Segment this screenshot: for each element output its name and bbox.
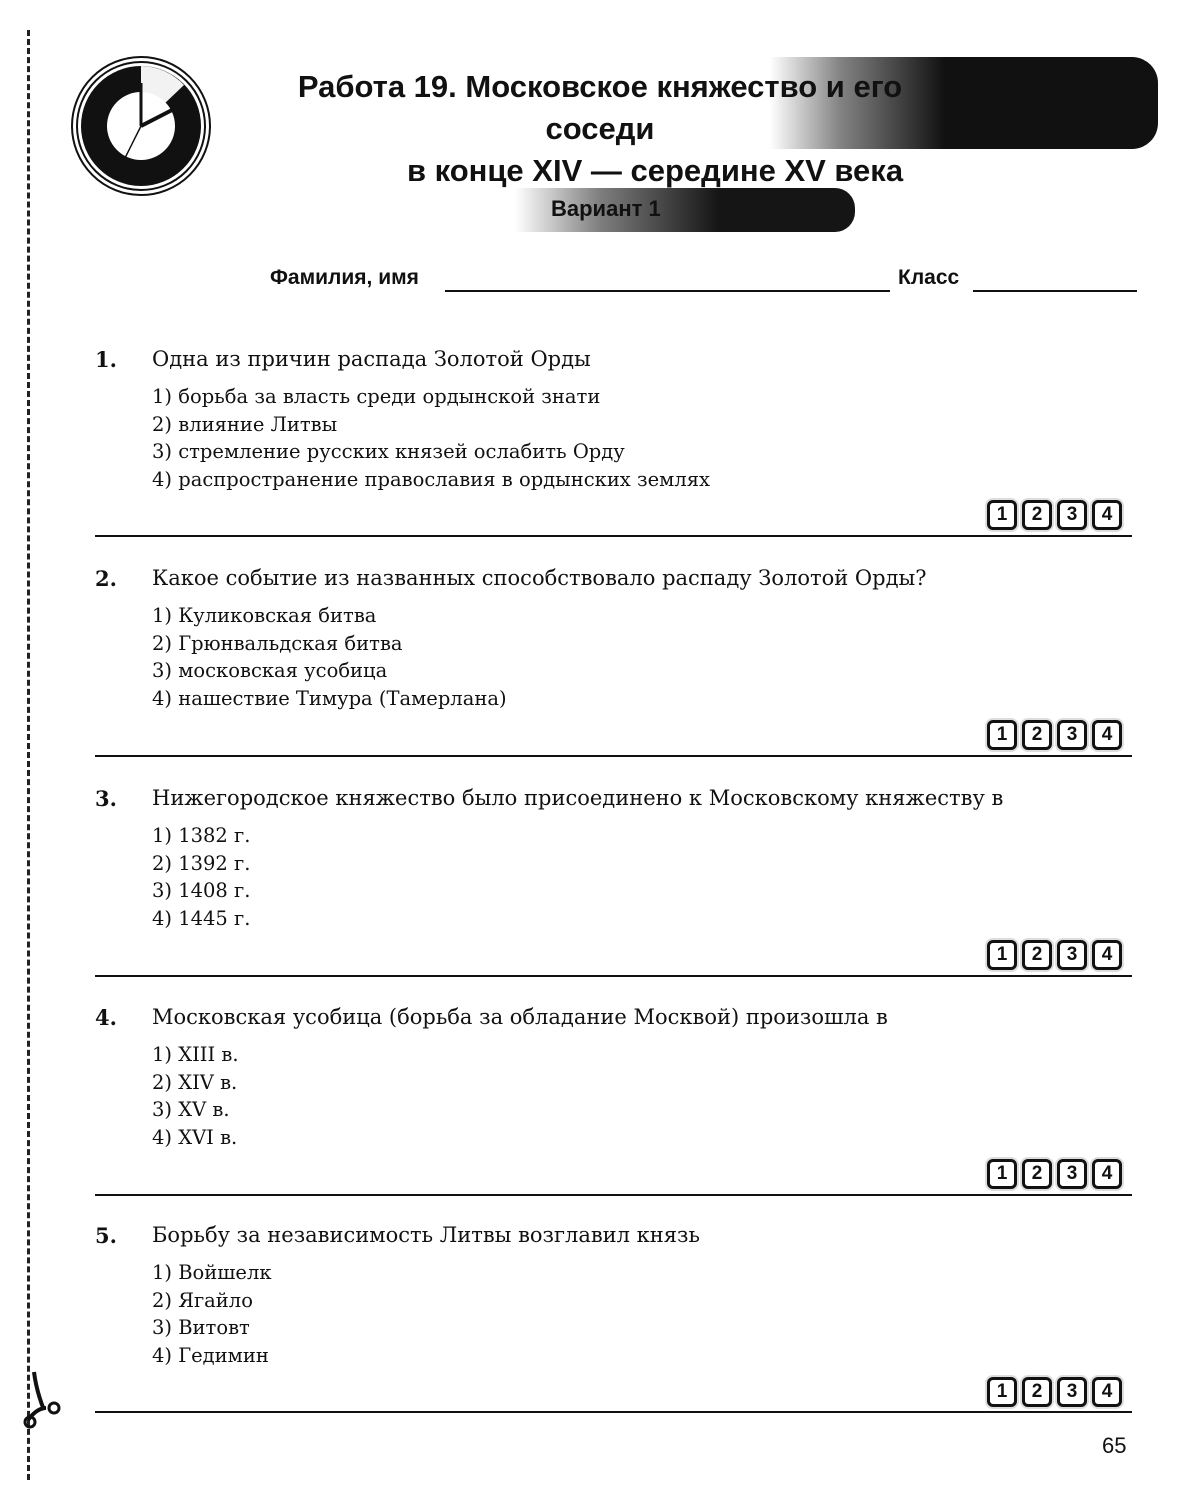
answer-box-3[interactable]: 3 [1057,500,1087,530]
title-line-1: Работа 19. Московское княжество и его со… [240,66,960,150]
question-number: 2. [95,566,117,591]
option-2: 2) XIV в. [152,1069,239,1097]
answer-box-3[interactable]: 3 [1057,1377,1087,1407]
answer-boxes: 1 2 3 4 [987,720,1122,750]
answer-box-2[interactable]: 2 [1022,1377,1052,1407]
divider [95,755,1132,757]
option-2: 2) Ягайло [152,1287,272,1315]
question-1: 1. Одна из причин распада Золотой Орды 1… [95,347,1132,539]
answer-boxes: 1 2 3 4 [987,940,1122,970]
cut-line [27,30,30,1480]
question-2: 2. Какое событие из названных способство… [95,566,1132,758]
question-text: Одна из причин распада Золотой Орды [152,347,591,371]
option-1: 1) борьба за власть среди ордынской знат… [152,383,710,411]
answer-box-4[interactable]: 4 [1092,1159,1122,1189]
options-list: 1) Войшелк 2) Ягайло 3) Витовт 4) Гедими… [152,1259,272,1369]
option-4: 4) распространение православия в ордынск… [152,466,710,494]
class-label: Класс [898,266,959,290]
option-2: 2) влияние Литвы [152,411,710,439]
question-number: 5. [95,1223,117,1248]
clock-icon [70,55,212,197]
answer-box-4[interactable]: 4 [1092,940,1122,970]
question-text: Какое событие из названных способствовал… [152,566,927,590]
title-line-2: в конце XIV — середине XV века [240,150,960,192]
option-1: 1) XIII в. [152,1041,239,1069]
answer-boxes: 1 2 3 4 [987,1159,1122,1189]
options-list: 1) XIII в. 2) XIV в. 3) XV в. 4) XVI в. [152,1041,239,1151]
option-3: 3) XV в. [152,1096,239,1124]
question-number: 4. [95,1005,117,1030]
options-list: 1) Куликовская битва 2) Грюнвальдская би… [152,602,507,712]
option-4: 4) нашествие Тимура (Тамерлана) [152,685,507,713]
variant-label: Вариант 1 [551,196,661,222]
page-title: Работа 19. Московское княжество и его со… [240,66,960,192]
answer-box-1[interactable]: 1 [987,1377,1017,1407]
answer-box-3[interactable]: 3 [1057,940,1087,970]
option-2: 2) Грюнвальдская битва [152,630,507,658]
name-label: Фамилия, имя [270,266,419,290]
question-text: Нижегородское княжество было присоединен… [152,786,1003,810]
answer-box-4[interactable]: 4 [1092,1377,1122,1407]
answer-box-1[interactable]: 1 [987,940,1017,970]
answer-boxes: 1 2 3 4 [987,1377,1122,1407]
answer-box-3[interactable]: 3 [1057,720,1087,750]
option-3: 3) Витовт [152,1314,272,1342]
answer-box-1[interactable]: 1 [987,720,1017,750]
question-number: 1. [95,347,117,372]
answer-box-2[interactable]: 2 [1022,500,1052,530]
answer-box-2[interactable]: 2 [1022,1159,1052,1189]
options-list: 1) 1382 г. 2) 1392 г. 3) 1408 г. 4) 1445… [152,822,250,932]
class-field[interactable] [973,290,1137,292]
divider [95,535,1132,537]
answer-box-2[interactable]: 2 [1022,940,1052,970]
option-3: 3) московская усобица [152,657,507,685]
question-5: 5. Борьбу за независимость Литвы возглав… [95,1223,1132,1415]
option-4: 4) Гедимин [152,1342,272,1370]
question-number: 3. [95,786,117,811]
answer-box-4[interactable]: 4 [1092,500,1122,530]
student-fields: Фамилия, имя Класс [270,266,1140,296]
page-number: 65 [1102,1433,1126,1459]
question-3: 3. Нижегородское княжество было присоеди… [95,786,1132,978]
option-3: 3) стремление русских князей ослабить Ор… [152,438,710,466]
answer-box-3[interactable]: 3 [1057,1159,1087,1189]
answer-box-1[interactable]: 1 [987,500,1017,530]
answer-box-4[interactable]: 4 [1092,720,1122,750]
divider [95,1411,1132,1413]
option-1: 1) Куликовская битва [152,602,507,630]
option-3: 3) 1408 г. [152,877,250,905]
divider [95,975,1132,977]
option-1: 1) 1382 г. [152,822,250,850]
divider [95,1194,1132,1196]
answer-boxes: 1 2 3 4 [987,500,1122,530]
answer-box-1[interactable]: 1 [987,1159,1017,1189]
option-4: 4) 1445 г. [152,905,250,933]
name-field[interactable] [445,290,890,292]
scissors-icon [20,1370,70,1430]
option-1: 1) Войшелк [152,1259,272,1287]
question-text: Борьбу за независимость Литвы возглавил … [152,1223,700,1247]
option-4: 4) XVI в. [152,1124,239,1152]
question-4: 4. Московская усобица (борьба за обладан… [95,1005,1132,1197]
option-2: 2) 1392 г. [152,850,250,878]
answer-box-2[interactable]: 2 [1022,720,1052,750]
options-list: 1) борьба за власть среди ордынской знат… [152,383,710,493]
question-text: Московская усобица (борьба за обладание … [152,1005,888,1029]
